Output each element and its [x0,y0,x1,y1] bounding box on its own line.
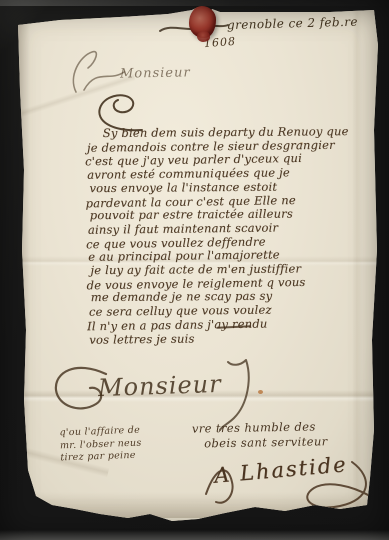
background-edge-highlight-bottom [0,530,389,540]
postscript-line: tirez par peine [60,450,142,465]
dateline: grenoble ce 2 feb.re [227,14,387,32]
background-edge-highlight-top [0,0,389,6]
letter-body: Sy bien dem suis departy du Renuoy que j… [87,124,382,347]
body-line: pouvoit par estre traictée ailleurs [90,207,382,223]
photo-of-letter: grenoble ce 2 feb.re 1608 Monsieur Sy bi… [0,0,389,540]
postscript-note: q'ou l'affaire de mr. l'obser neus tirez… [59,425,142,465]
wax-seal-fragment [197,31,210,42]
ink-stain [258,390,263,394]
closing-formula: vre tres humble des obeis sant serviteur [192,418,377,451]
letter-paper: grenoble ce 2 feb.re 1608 Monsieur Sy bi… [0,0,389,540]
body-line: Sy bien dem suis departy du Renuoy que [89,125,381,141]
body-line: me demande je ne scay pas sy [91,289,383,305]
paper-edge-shadow [14,20,30,520]
valediction: Monsieur [98,370,223,402]
salutation: Monsieur [120,65,191,81]
closing-line: obeis sant serviteur [204,433,377,451]
